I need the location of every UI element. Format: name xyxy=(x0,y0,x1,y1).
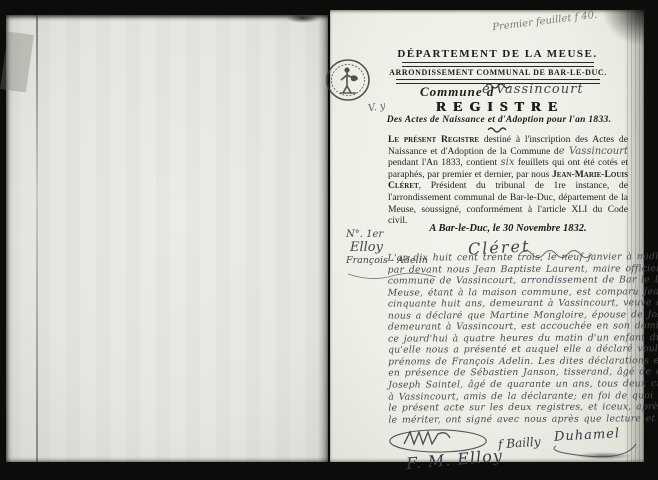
signature-duhamel-flourish xyxy=(540,440,640,462)
preamble-text-4: , Président du tribunal de 1re instance,… xyxy=(388,180,628,226)
preamble-handwritten-commune: e Vassincourt xyxy=(559,146,628,157)
register-title-page: Premier feuillet f 40. DÉPARTEMENT DE LA… xyxy=(330,10,644,462)
signature-bailly: f Bailly xyxy=(498,435,541,452)
book-scan: Premier feuillet f 40. DÉPARTEMENT DE LA… xyxy=(0,0,658,480)
ink-blotch xyxy=(286,13,320,23)
register-title: REGISTRE xyxy=(390,100,610,116)
margin-note-act-number: N°. 1er xyxy=(346,229,438,240)
tape-mark xyxy=(0,31,34,92)
preamble-text-2: pendant l'An 1833, contient xyxy=(388,157,501,168)
preamble-handwritten-count: six xyxy=(501,157,515,168)
official-oval-stamp xyxy=(322,58,374,104)
department-header: DÉPARTEMENT DE LA MEUSE. xyxy=(390,48,605,60)
act-line: commune de Vassincourt, arrondissement d… xyxy=(388,274,642,287)
act-line: cinquante huit ans, demeurant à Vassinco… xyxy=(388,298,642,311)
judge-paraph: V. y xyxy=(367,101,386,115)
preamble-lead: Le présent Registre xyxy=(388,134,479,145)
top-right-annotation: Premier feuillet f 40. xyxy=(492,10,598,34)
preamble-paragraph: Le présent Registre destiné à l'inscript… xyxy=(388,134,628,227)
arrondissement-header: ARRONDISSEMENT COMMUNAL DE BAR-LE-DUC. xyxy=(382,68,614,77)
left-blank-page xyxy=(6,15,328,462)
header-rule-1 xyxy=(402,62,594,67)
act-body: L'an dix huit cent trente trois, le neuf… xyxy=(388,251,643,426)
act-line: Joseph Saintel, âgé de quarante un ans, … xyxy=(388,378,642,391)
commune-handwritten-name: e Vassincourt xyxy=(482,82,584,97)
register-subtitle: Des Actes de Naissance et d'Adoption pou… xyxy=(374,115,624,125)
act-line: le présent acte sur les deux registres, … xyxy=(388,401,642,414)
page-edge-line xyxy=(36,15,38,462)
ornament-squiggle-2 xyxy=(487,127,509,133)
act-line: L'an dix huit cent trente trois, le neuf… xyxy=(388,251,642,264)
